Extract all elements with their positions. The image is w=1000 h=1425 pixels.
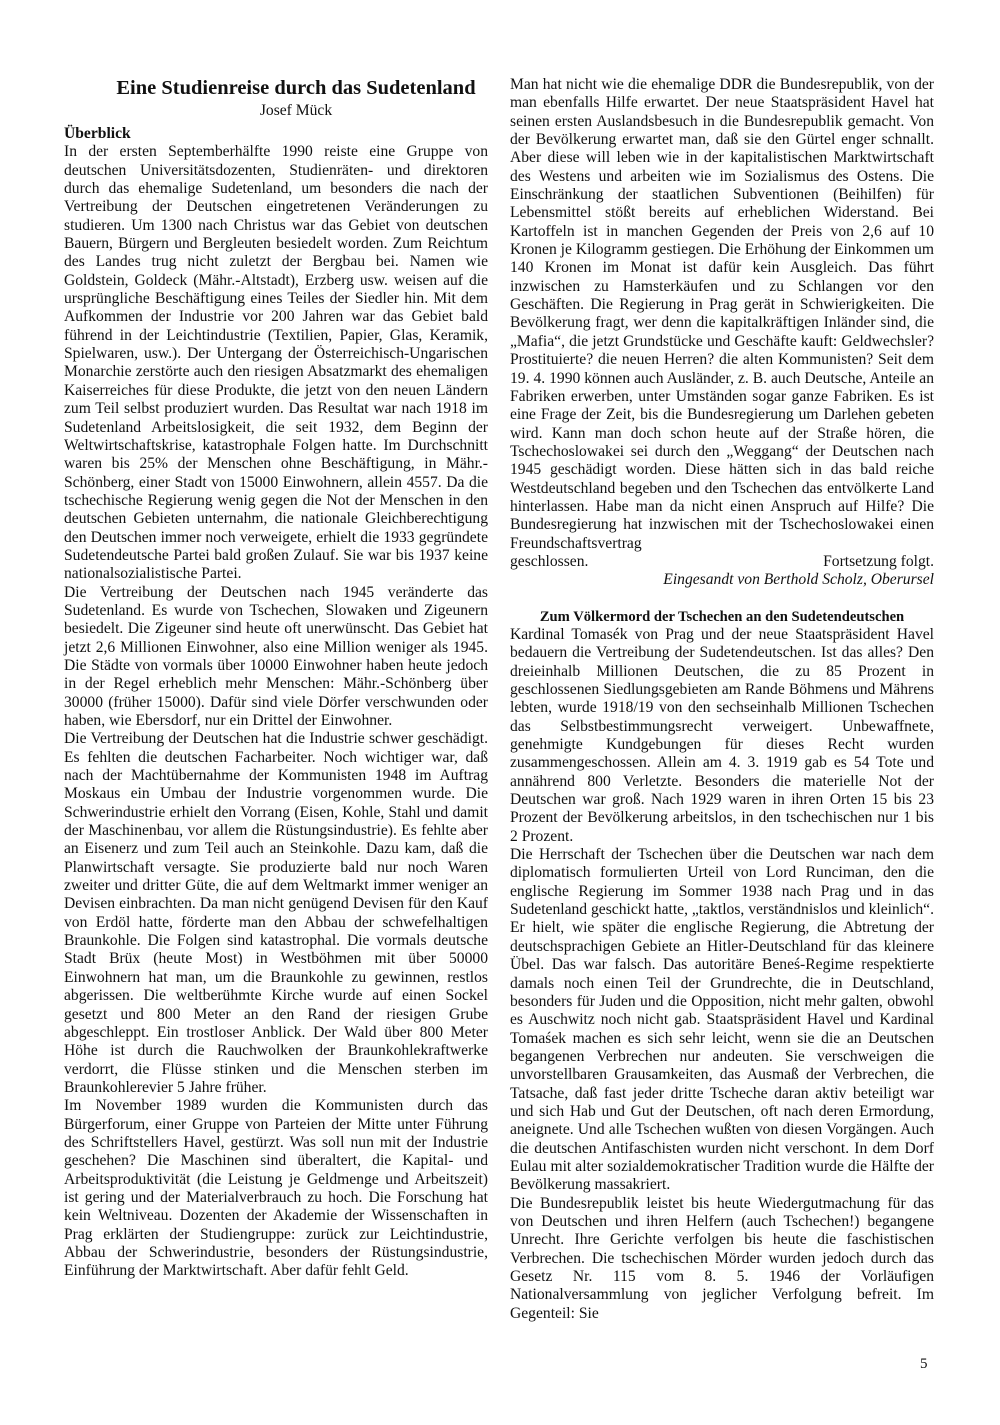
article-title: Eine Studienreise durch das Sudetenland	[64, 76, 488, 100]
paragraph: Im November 1989 wurden die Kommunisten …	[64, 1097, 488, 1280]
closing-word: geschlossen.	[510, 553, 588, 571]
article-author: Josef Mück	[64, 101, 488, 121]
section-heading: Überblick	[64, 125, 488, 143]
paragraph: Die Bundesrepublik leistet bis heute Wie…	[510, 1195, 934, 1323]
page-number: 5	[920, 1356, 928, 1373]
continuation-note: Fortsetzung folgt.	[823, 553, 934, 571]
paragraph: In der ersten Septemberhälfte 1990 reist…	[64, 143, 488, 583]
article2-title: Zum Völkermord der Tschechen an den Sude…	[510, 608, 934, 626]
paragraph: Man hat nicht wie die ehemalige DDR die …	[510, 76, 934, 553]
right-column: Man hat nicht wie die ehemalige DDR die …	[510, 76, 934, 1323]
closing-line: geschlossen. Fortsetzung folgt.	[510, 553, 934, 571]
paragraph: Die Vertreibung der Deutschen nach 1945 …	[64, 584, 488, 731]
paragraph: Die Herrschaft der Tschechen über die De…	[510, 846, 934, 1195]
paragraph: Die Vertreibung der Deutschen hat die In…	[64, 730, 488, 1097]
paragraph: Kardinal Tomasék von Prag und der neue S…	[510, 626, 934, 846]
article-signature: Eingesandt von Berthold Scholz, Oberurse…	[510, 571, 934, 589]
document-page: Eine Studienreise durch das Sudetenland …	[0, 0, 1000, 1425]
left-column: Eine Studienreise durch das Sudetenland …	[64, 76, 488, 1281]
